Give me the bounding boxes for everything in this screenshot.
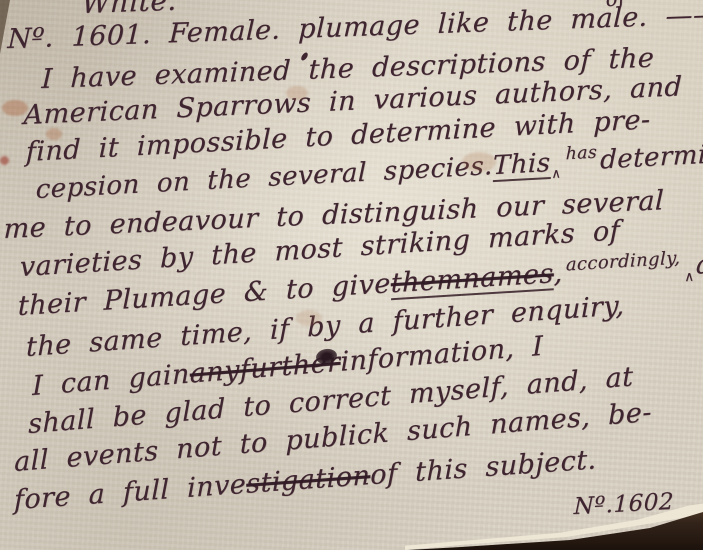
underlined-word: This xyxy=(493,150,551,182)
handwritten-text: fore a full inve xyxy=(14,471,246,514)
insertion-caret: ∧ xyxy=(684,271,694,285)
line-white: White. xyxy=(81,0,177,18)
insertion-caret: ∧ xyxy=(551,168,561,182)
inserted-word: has xyxy=(566,145,598,164)
inserted-word: accordingly, xyxy=(566,249,681,274)
manuscript-page: White.ofNº. 1601. Female. plumage like t… xyxy=(0,0,703,550)
foxing-stain xyxy=(0,156,9,165)
handwritten-text: information, I xyxy=(340,333,543,376)
handwritten-text: White. xyxy=(81,0,177,18)
handwritten-text: I can gain xyxy=(32,361,190,400)
struck-word: any xyxy=(190,357,240,388)
struck-underlined-word: names xyxy=(462,260,554,296)
handwritten-text: , xyxy=(554,260,563,288)
handwritten-text: of this subject. xyxy=(370,446,596,489)
handwritten-text: at xyxy=(696,250,703,279)
struck-word: stigation xyxy=(246,462,370,498)
struck-underlined-word: them xyxy=(391,266,463,300)
handwritten-text: determind xyxy=(600,140,703,173)
